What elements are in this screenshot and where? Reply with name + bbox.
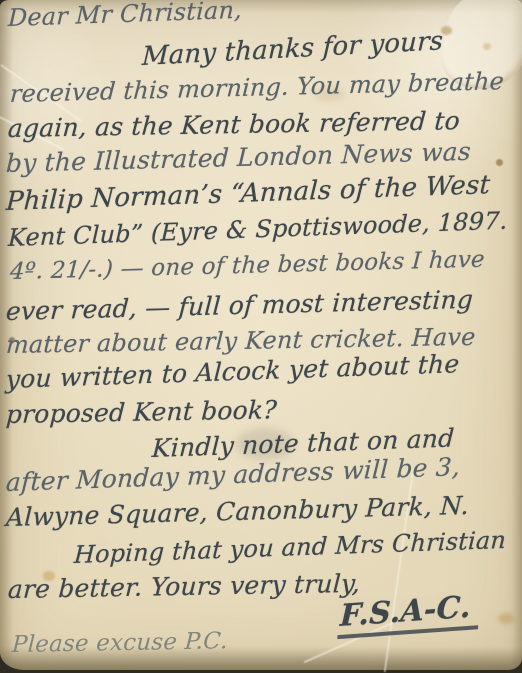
body-line: again, as the Kent book referred to <box>7 108 461 141</box>
body-line: ever read, — full of most interesting <box>5 287 474 324</box>
postcard-paper: Dear Mr Christian, Many thanks for yours… <box>0 0 522 670</box>
body-line: Philip Norman’s “Annals of the West <box>5 172 491 215</box>
stain-spot <box>498 613 514 624</box>
address-line: after Monday my address will be 3, <box>5 454 460 495</box>
stain-spot <box>496 159 503 166</box>
closing-line: Hoping that you and Mrs Christian <box>73 528 506 567</box>
body-line: Kent Club” (Eyre & Spottiswoode, 1897. <box>8 209 508 250</box>
stain-spot <box>483 43 491 50</box>
salutation: Dear Mr Christian, <box>8 0 243 30</box>
body-line: 4º. 21/-.) — one of the best books I hav… <box>9 249 485 284</box>
body-line: received this morning. You may breathe <box>9 69 504 106</box>
address-line: Alwyne Square, Canonbury Park, N. <box>5 493 469 530</box>
body-line: by the Illustrated London News was <box>5 139 471 176</box>
body-line: proposed Kent book? <box>5 397 277 427</box>
postscript-note: Please excuse P.C. <box>11 630 228 657</box>
signature: F.S.A-C. <box>337 592 479 639</box>
body-line: Many thanks for yours <box>142 28 444 70</box>
closing-line: are better. Yours very truly, <box>7 571 360 602</box>
